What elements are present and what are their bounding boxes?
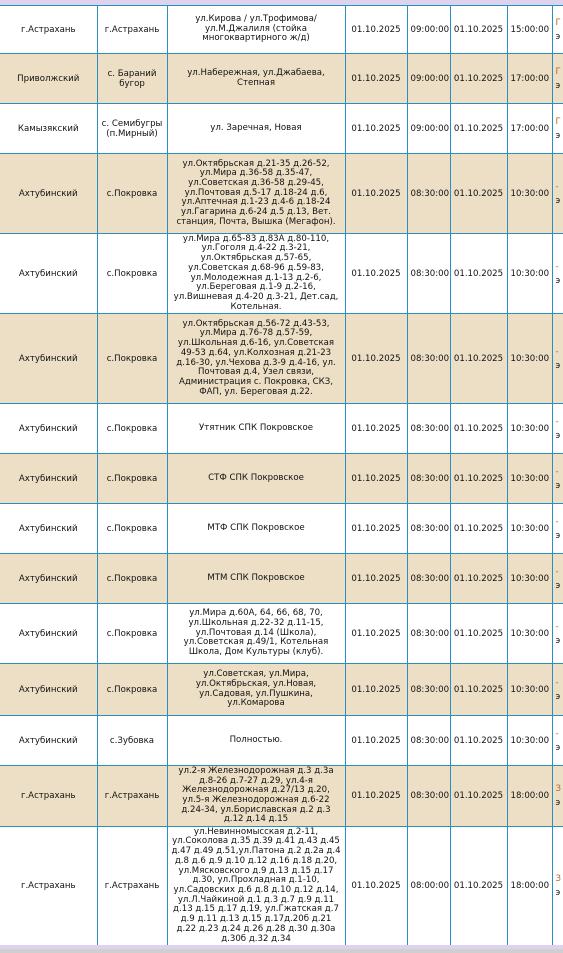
truncated-text-top: - xyxy=(556,345,563,359)
table-row: Ахтубинский с.Покровка МТМ СПК Покровско… xyxy=(0,554,563,604)
end-time-cell: 10:30:00 xyxy=(507,454,552,504)
start-time-cell: 08:30:00 xyxy=(407,716,450,766)
locality-cell: с.Зубовка xyxy=(97,716,167,766)
start-date-cell: 01.10.2025 xyxy=(345,6,407,54)
district-cell: Ахтубинский xyxy=(0,664,97,716)
truncated-text-bottom: э xyxy=(556,129,563,143)
start-date-cell: 01.10.2025 xyxy=(345,604,407,664)
table-row: Ахтубинский с.Покровка ул.Мира д.60А, 64… xyxy=(0,604,563,664)
start-date-cell: 01.10.2025 xyxy=(345,454,407,504)
truncated-text-top: - xyxy=(556,727,563,741)
truncated-text-bottom: э xyxy=(556,796,563,810)
truncated-text-bottom: э xyxy=(556,79,563,93)
end-date-cell: 01.10.2025 xyxy=(450,554,507,604)
address-cell: ул. Заречная, Новая xyxy=(167,104,345,154)
district-cell: Ахтубинский xyxy=(0,554,97,604)
locality-cell: с.Покровка xyxy=(97,454,167,504)
truncated-extra-cell: - э xyxy=(552,454,563,504)
address-cell: ул.2-я Железнодорожная д.3 д.3а д.8-26 д… xyxy=(167,766,345,827)
end-time-cell: 15:00:00 xyxy=(507,6,552,54)
end-date-cell: 01.10.2025 xyxy=(450,6,507,54)
district-cell: Ахтубинский xyxy=(0,234,97,314)
district-cell: Ахтубинский xyxy=(0,454,97,504)
truncated-extra-cell: - э xyxy=(552,404,563,454)
table-body: г.Астрахань г.Астрахань ул.Кирова / ул.Т… xyxy=(0,6,563,946)
truncated-text-bottom: э xyxy=(556,479,563,493)
truncated-text-top: - xyxy=(556,260,563,274)
end-date-cell: 01.10.2025 xyxy=(450,404,507,454)
table-row: Ахтубинский с.Покровка ул.Октябрьская д.… xyxy=(0,314,563,404)
address-cell: ул.Кирова / ул.Трофимова/ ул.М.Джалиля (… xyxy=(167,6,345,54)
truncated-extra-cell: З э xyxy=(552,827,563,946)
address-cell: ул.Октябрьская д.56-72 д.43-53, ул.Мира … xyxy=(167,314,345,404)
locality-cell: с.Покровка xyxy=(97,234,167,314)
locality-cell: с.Покровка xyxy=(97,554,167,604)
truncated-text-top: Г xyxy=(556,115,563,129)
address-cell: ул.Мира д.60А, 64, 66, 68, 70, ул.Школьн… xyxy=(167,604,345,664)
truncated-extra-cell: - э xyxy=(552,234,563,314)
truncated-extra-cell: - э xyxy=(552,314,563,404)
end-date-cell: 01.10.2025 xyxy=(450,504,507,554)
start-time-cell: 08:30:00 xyxy=(407,504,450,554)
start-time-cell: 08:30:00 xyxy=(407,404,450,454)
truncated-text-bottom: э xyxy=(556,741,563,755)
locality-cell: с.Покровка xyxy=(97,604,167,664)
table-row: г.Астрахань г.Астрахань ул.Невинномысска… xyxy=(0,827,563,946)
locality-cell: г.Астрахань xyxy=(97,6,167,54)
locality-cell: с.Покровка xyxy=(97,504,167,554)
address-cell: МТМ СПК Покровское xyxy=(167,554,345,604)
table-row: Ахтубинский с.Покровка ул.Мира д.65-83 д… xyxy=(0,234,563,314)
table-row: Ахтубинский с.Покровка Утятник СПК Покро… xyxy=(0,404,563,454)
end-time-cell: 10:30:00 xyxy=(507,154,552,234)
table-row: г.Астрахань г.Астрахань ул.Кирова / ул.Т… xyxy=(0,6,563,54)
end-date-cell: 01.10.2025 xyxy=(450,604,507,664)
address-cell: ул.Набережная, ул.Джабаева, Степная xyxy=(167,54,345,104)
truncated-text-top: - xyxy=(556,465,563,479)
table-row: Ахтубинский с.Покровка ул.Октябрьская д.… xyxy=(0,154,563,234)
truncated-text-bottom: э xyxy=(556,194,563,208)
start-date-cell: 01.10.2025 xyxy=(345,314,407,404)
start-time-cell: 08:00:00 xyxy=(407,827,450,946)
locality-cell: с.Покровка xyxy=(97,154,167,234)
truncated-text-bottom: э xyxy=(556,359,563,373)
outage-schedule-table: г.Астрахань г.Астрахань ул.Кирова / ул.Т… xyxy=(0,5,563,945)
truncated-text-bottom: э xyxy=(556,690,563,704)
end-date-cell: 01.10.2025 xyxy=(450,454,507,504)
district-cell: г.Астрахань xyxy=(0,766,97,827)
end-date-cell: 01.10.2025 xyxy=(450,664,507,716)
start-date-cell: 01.10.2025 xyxy=(345,716,407,766)
address-cell: Утятник СПК Покровское xyxy=(167,404,345,454)
start-time-cell: 08:30:00 xyxy=(407,314,450,404)
locality-cell: с.Покровка xyxy=(97,314,167,404)
truncated-extra-cell: Г э xyxy=(552,54,563,104)
truncated-text-bottom: э xyxy=(556,634,563,648)
end-time-cell: 10:30:00 xyxy=(507,404,552,454)
truncated-extra-cell: З э xyxy=(552,766,563,827)
end-time-cell: 18:00:00 xyxy=(507,766,552,827)
locality-cell: с. Бараний бугор xyxy=(97,54,167,104)
start-time-cell: 08:30:00 xyxy=(407,664,450,716)
truncated-extra-cell: - э xyxy=(552,716,563,766)
start-date-cell: 01.10.2025 xyxy=(345,54,407,104)
truncated-text-top: З xyxy=(556,782,563,796)
start-time-cell: 08:30:00 xyxy=(407,604,450,664)
end-date-cell: 01.10.2025 xyxy=(450,104,507,154)
truncated-extra-cell: - э xyxy=(552,664,563,716)
table-row: Ахтубинский с.Зубовка Полностью. 01.10.2… xyxy=(0,716,563,766)
truncated-text-top: - xyxy=(556,565,563,579)
end-time-cell: 18:00:00 xyxy=(507,827,552,946)
end-time-cell: 10:30:00 xyxy=(507,314,552,404)
table-row: Приволжский с. Бараний бугор ул.Набережн… xyxy=(0,54,563,104)
locality-cell: г.Астрахань xyxy=(97,827,167,946)
start-date-cell: 01.10.2025 xyxy=(345,504,407,554)
truncated-text-top: З xyxy=(556,872,563,886)
start-date-cell: 01.10.2025 xyxy=(345,154,407,234)
start-date-cell: 01.10.2025 xyxy=(345,104,407,154)
table-row: Ахтубинский с.Покровка МТФ СПК Покровско… xyxy=(0,504,563,554)
table-row: Ахтубинский с.Покровка ул.Советская, ул.… xyxy=(0,664,563,716)
end-time-cell: 10:30:00 xyxy=(507,504,552,554)
end-time-cell: 10:30:00 xyxy=(507,716,552,766)
truncated-text-bottom: э xyxy=(556,30,563,44)
outage-table-container[interactable]: г.Астрахань г.Астрахань ул.Кирова / ул.Т… xyxy=(0,5,563,945)
start-date-cell: 01.10.2025 xyxy=(345,827,407,946)
truncated-extra-cell: - э xyxy=(552,154,563,234)
district-cell: Ахтубинский xyxy=(0,314,97,404)
start-time-cell: 08:30:00 xyxy=(407,454,450,504)
end-date-cell: 01.10.2025 xyxy=(450,716,507,766)
truncated-text-top: Г xyxy=(556,65,563,79)
end-time-cell: 17:00:00 xyxy=(507,104,552,154)
truncated-text-top: Г xyxy=(556,16,563,30)
end-time-cell: 10:30:00 xyxy=(507,554,552,604)
address-cell: ул.Мира д.65-83 д.83А д.80-110, ул.Гогол… xyxy=(167,234,345,314)
address-cell: СТФ СПК Покровское xyxy=(167,454,345,504)
start-date-cell: 01.10.2025 xyxy=(345,664,407,716)
table-row: Ахтубинский с.Покровка СТФ СПК Покровско… xyxy=(0,454,563,504)
truncated-text-bottom: э xyxy=(556,529,563,543)
district-cell: Приволжский xyxy=(0,54,97,104)
start-date-cell: 01.10.2025 xyxy=(345,404,407,454)
end-time-cell: 10:30:00 xyxy=(507,604,552,664)
address-cell: ул.Октябрьская д.21-35 д.26-52, ул.Мира … xyxy=(167,154,345,234)
address-cell: МТФ СПК Покровское xyxy=(167,504,345,554)
district-cell: Ахтубинский xyxy=(0,154,97,234)
district-cell: Ахтубинский xyxy=(0,504,97,554)
start-time-cell: 09:00:00 xyxy=(407,104,450,154)
district-cell: Ахтубинский xyxy=(0,604,97,664)
district-cell: Ахтубинский xyxy=(0,716,97,766)
end-date-cell: 01.10.2025 xyxy=(450,54,507,104)
start-time-cell: 09:00:00 xyxy=(407,6,450,54)
truncated-text-bottom: э xyxy=(556,274,563,288)
end-date-cell: 01.10.2025 xyxy=(450,766,507,827)
end-date-cell: 01.10.2025 xyxy=(450,827,507,946)
locality-cell: с.Покровка xyxy=(97,404,167,454)
district-cell: г.Астрахань xyxy=(0,827,97,946)
district-cell: г.Астрахань xyxy=(0,6,97,54)
truncated-extra-cell: Г э xyxy=(552,104,563,154)
start-time-cell: 09:00:00 xyxy=(407,54,450,104)
truncated-text-bottom: э xyxy=(556,429,563,443)
end-date-cell: 01.10.2025 xyxy=(450,314,507,404)
truncated-text-bottom: э xyxy=(556,579,563,593)
truncated-extra-cell: - э xyxy=(552,604,563,664)
table-row: г.Астрахань г.Астрахань ул.2-я Железнодо… xyxy=(0,766,563,827)
start-time-cell: 08:30:00 xyxy=(407,234,450,314)
end-date-cell: 01.10.2025 xyxy=(450,234,507,314)
start-time-cell: 08:30:00 xyxy=(407,154,450,234)
start-date-cell: 01.10.2025 xyxy=(345,766,407,827)
truncated-text-top: - xyxy=(556,415,563,429)
truncated-text-bottom: э xyxy=(556,886,563,900)
start-date-cell: 01.10.2025 xyxy=(345,554,407,604)
truncated-text-top: - xyxy=(556,515,563,529)
truncated-text-top: - xyxy=(556,676,563,690)
truncated-extra-cell: Г э xyxy=(552,6,563,54)
address-cell: Полностью. xyxy=(167,716,345,766)
truncated-text-top: - xyxy=(556,620,563,634)
end-time-cell: 17:00:00 xyxy=(507,54,552,104)
truncated-text-top: - xyxy=(556,180,563,194)
end-time-cell: 10:30:00 xyxy=(507,234,552,314)
start-time-cell: 08:30:00 xyxy=(407,766,450,827)
truncated-extra-cell: - э xyxy=(552,554,563,604)
locality-cell: с. Семибугры (п.Мирный) xyxy=(97,104,167,154)
end-date-cell: 01.10.2025 xyxy=(450,154,507,234)
table-row: Камызякский с. Семибугры (п.Мирный) ул. … xyxy=(0,104,563,154)
start-date-cell: 01.10.2025 xyxy=(345,234,407,314)
locality-cell: с.Покровка xyxy=(97,664,167,716)
horizontal-scrollbar-track[interactable] xyxy=(0,949,563,953)
locality-cell: г.Астрахань xyxy=(97,766,167,827)
start-time-cell: 08:30:00 xyxy=(407,554,450,604)
truncated-extra-cell: - э xyxy=(552,504,563,554)
address-cell: ул.Советская, ул.Мира, ул.Октябрьская, у… xyxy=(167,664,345,716)
district-cell: Ахтубинский xyxy=(0,404,97,454)
district-cell: Камызякский xyxy=(0,104,97,154)
end-time-cell: 10:30:00 xyxy=(507,664,552,716)
address-cell: ул.Невинномысская д.2-11, ул.Соколова д.… xyxy=(167,827,345,946)
